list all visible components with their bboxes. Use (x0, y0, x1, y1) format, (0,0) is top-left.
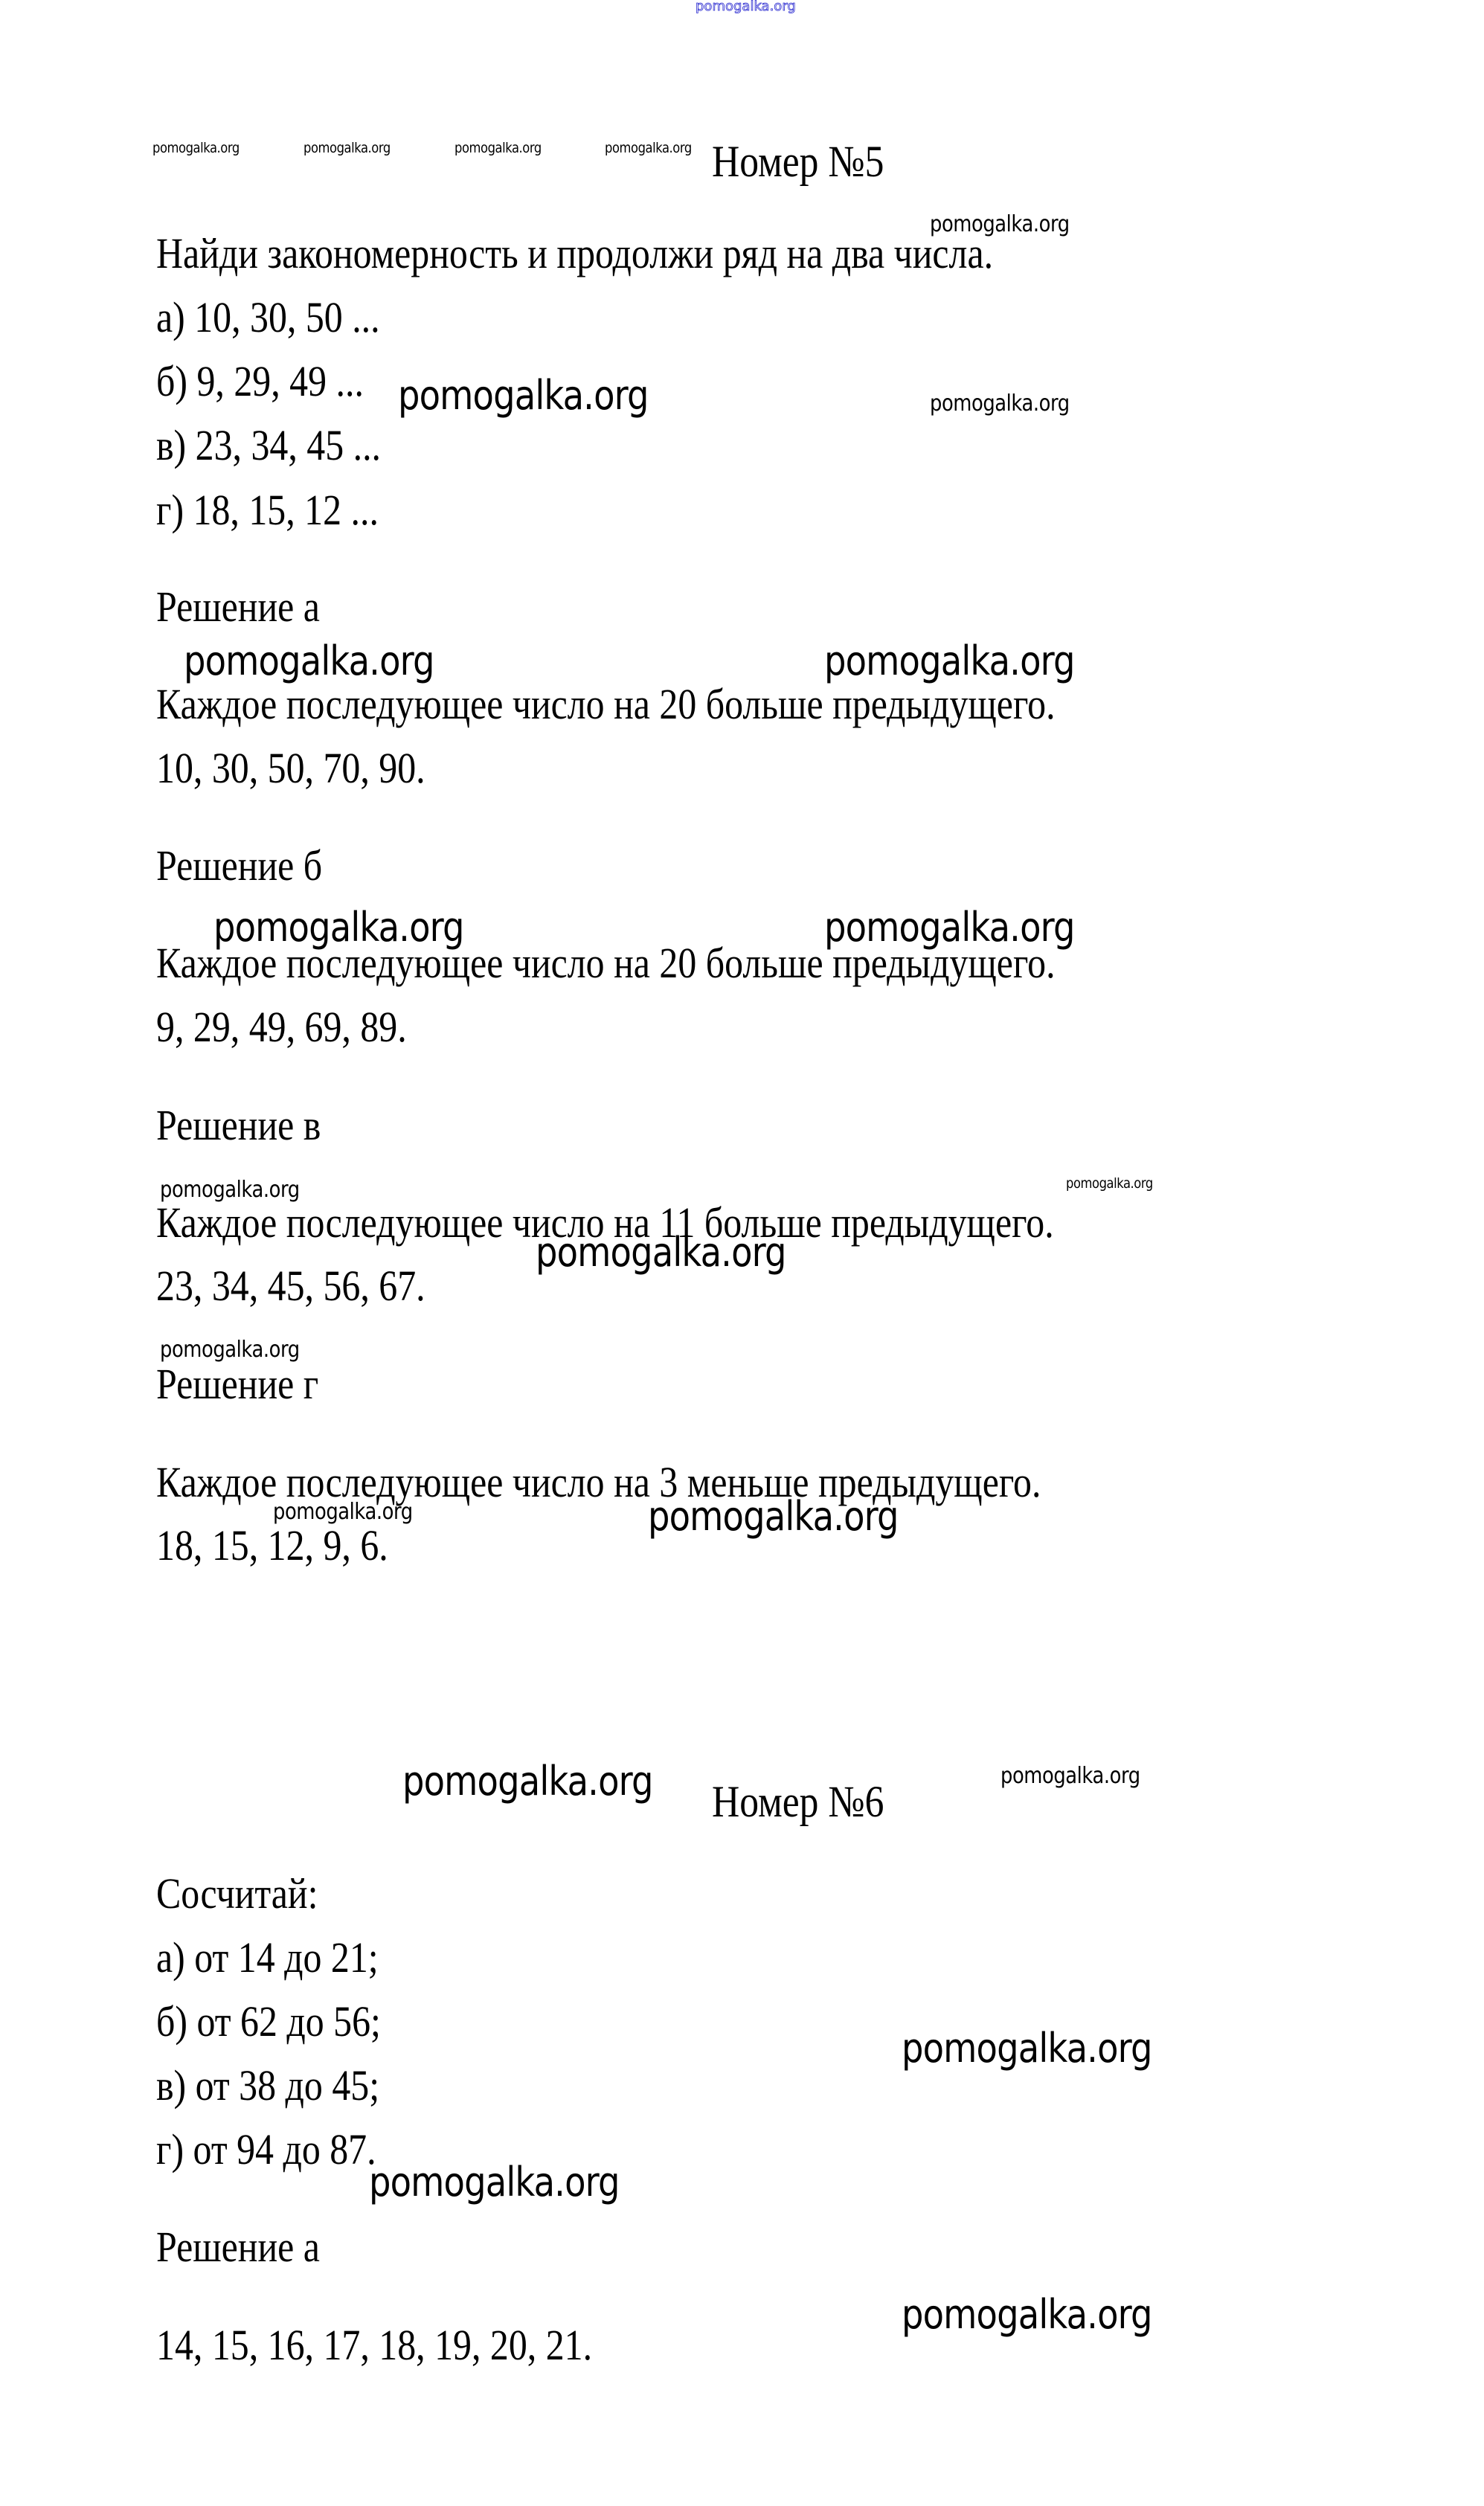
watermark: pomogalka.org (454, 141, 542, 155)
task5-item-v: в) 23, 34, 45 ... (156, 424, 381, 467)
watermark: pomogalka.org (1066, 1177, 1153, 1191)
task5-title: Номер №5 (712, 139, 884, 184)
watermark: pomogalka.org (930, 213, 1070, 236)
task6-prompt: Сосчитай: (156, 1872, 318, 1915)
watermark: pomogalka.org (303, 141, 391, 155)
solution-heading-g: Решение г (156, 1363, 318, 1406)
watermark: pomogalka.org (648, 1497, 899, 1537)
watermark: pomogalka.org (273, 1501, 413, 1523)
watermark: pomogalka.org (213, 907, 464, 948)
watermark: pomogalka.org (930, 393, 1070, 415)
task5-item-b: б) 9, 29, 49 ... (156, 360, 364, 403)
watermark: pomogalka.org (160, 1179, 300, 1201)
task6-item-v: в) от 38 до 45; (156, 2064, 379, 2107)
task6-solution-answer-a: 14, 15, 16, 17, 18, 19, 20, 21. (156, 2324, 592, 2367)
solution-answer-b: 9, 29, 49, 69, 89. (156, 1006, 407, 1049)
task5-prompt: Найди закономерность и продолжи ряд на д… (156, 232, 993, 275)
watermark: pomogalka.org (160, 1339, 300, 1361)
watermark: pomogalka.org (824, 907, 1075, 948)
watermark: pomogalka.org (902, 2028, 1152, 2069)
watermark: pomogalka.org (398, 376, 649, 416)
task6-solution-heading-a: Решение а (156, 2226, 320, 2269)
watermark: pomogalka.org (1000, 1765, 1140, 1787)
watermark: pomogalka.org (536, 1233, 786, 1273)
task6-item-b: б) от 62 до 56; (156, 2000, 381, 2043)
solution-answer-g: 18, 15, 12, 9, 6. (156, 1524, 388, 1567)
watermark: pomogalka.org (152, 141, 240, 155)
watermark: pomogalka.org (824, 641, 1075, 681)
solution-answer-a: 10, 30, 50, 70, 90. (156, 747, 425, 790)
solution-heading-a: Решение а (156, 585, 320, 629)
task6-item-a: а) от 14 до 21; (156, 1936, 379, 1979)
watermark-top: pomogalka.org (696, 0, 796, 13)
task6-item-g: г) от 94 до 87. (156, 2128, 376, 2171)
task6-title: Номер №6 (712, 1779, 884, 1824)
watermark: pomogalka.org (902, 2295, 1152, 2335)
watermark: pomogalka.org (605, 141, 692, 155)
task5-item-a: а) 10, 30, 50 ... (156, 296, 380, 339)
solution-heading-v: Решение в (156, 1104, 321, 1147)
watermark: pomogalka.org (369, 2162, 620, 2203)
watermark: pomogalka.org (402, 1761, 653, 1802)
task5-item-g: г) 18, 15, 12 ... (156, 489, 379, 532)
watermark: pomogalka.org (184, 641, 434, 681)
solution-heading-b: Решение б (156, 844, 322, 887)
solution-explanation-a: Каждое последующее число на 20 больше пр… (156, 683, 1056, 726)
solution-explanation-g: Каждое последующее число на 3 меньше пре… (156, 1461, 1041, 1504)
solution-answer-v: 23, 34, 45, 56, 67. (156, 1265, 425, 1308)
